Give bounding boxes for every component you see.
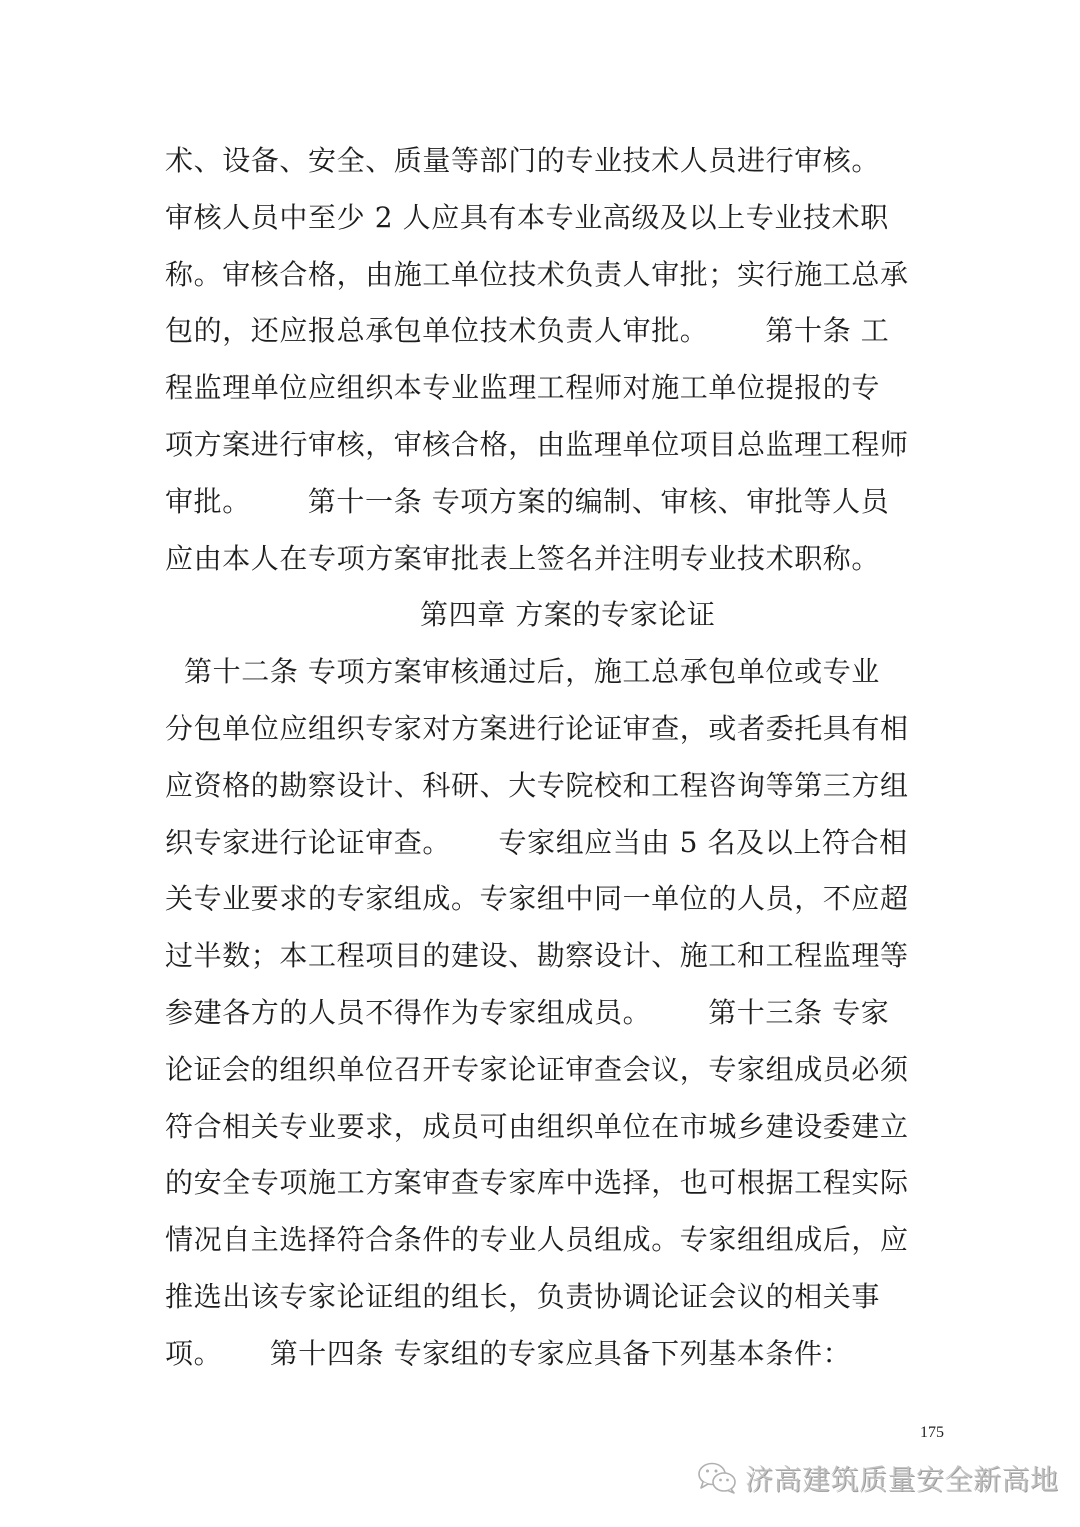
text-line: 过半数；本工程项目的建设、勘察设计、施工和工程监理等 [165, 928, 925, 985]
text-line: 包的，还应报总承包单位技术负责人审批。 第十条 工 [165, 303, 925, 360]
text-line: 参建各方的人员不得作为专家组成员。 第十三条 专家 [165, 985, 925, 1042]
text-line: 关专业要求的专家组成。专家组中同一单位的人员，不应超 [165, 871, 925, 928]
text-line: 称。审核合格，由施工单位技术负责人审批；实行施工总承 [165, 247, 925, 304]
watermark-text: 济高建筑质量安全新高地 [745, 1458, 1059, 1498]
text-line: 审批。 第十一条 专项方案的编制、审核、审批等人员 [165, 474, 925, 531]
wechat-icon [697, 1461, 739, 1495]
watermark: 济高建筑质量安全新高地 [697, 1458, 1059, 1498]
text-line: 应资格的勘察设计、科研、大专院校和工程咨询等第三方组 [165, 758, 925, 815]
text-line: 情况自主选择符合条件的专业人员组成。专家组组成后，应 [165, 1212, 925, 1269]
text-line: 第十二条 专项方案审核通过后，施工总承包单位或专业 [165, 644, 925, 701]
page-number: 175 [920, 1424, 944, 1442]
document-page: 术、设备、安全、质量等部门的专业技术人员进行审核。 审核人员中至少 2 人应具有… [0, 0, 1080, 1527]
document-body: 术、设备、安全、质量等部门的专业技术人员进行审核。 审核人员中至少 2 人应具有… [165, 133, 925, 1383]
text-line: 审核人员中至少 2 人应具有本专业高级及以上专业技术职 [165, 190, 925, 247]
text-line: 应由本人在专项方案审批表上签名并注明专业技术职称。 [165, 531, 925, 588]
text-line: 项。 第十四条 专家组的专家应具备下列基本条件： [165, 1326, 925, 1383]
text-line: 推选出该专家论证组的组长，负责协调论证会议的相关事 [165, 1269, 925, 1326]
text-line: 符合相关专业要求，成员可由组织单位在市城乡建设委建立 [165, 1099, 925, 1156]
text-line: 的安全专项施工方案审查专家库中选择，也可根据工程实际 [165, 1155, 925, 1212]
text-line: 术、设备、安全、质量等部门的专业技术人员进行审核。 [165, 133, 925, 190]
text-line: 分包单位应组织专家对方案进行论证审查，或者委托具有相 [165, 701, 925, 758]
text-line: 程监理单位应组织本专业监理工程师对施工单位提报的专 [165, 360, 925, 417]
text-line: 论证会的组织单位召开专家论证审查会议，专家组成员必须 [165, 1042, 925, 1099]
text-line: 项方案进行审核，审核合格，由监理单位项目总监理工程师 [165, 417, 925, 474]
text-line: 织专家进行论证审查。 专家组应当由 5 名及以上符合相 [165, 815, 925, 872]
chapter-heading: 第四章 方案的专家论证 [165, 587, 925, 644]
